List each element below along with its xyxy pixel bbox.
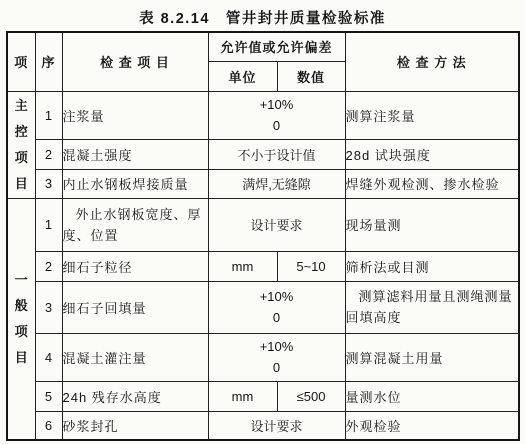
method-cell: 28d 试块强度: [345, 139, 519, 169]
table-row-main-1: 主控项目 1 注浆量 +10% 0 测算注浆量: [7, 91, 519, 139]
col-header-allowed-value: 允许值或允许偏差: [208, 32, 345, 61]
table-row-general-4: 4 混凝土灌注量 +10% 0 测算混凝土用量: [7, 333, 519, 381]
allowed-value-cell: +10% 0: [208, 91, 345, 139]
check-item-cell: 外止水钢板宽度、厚度、位置: [62, 198, 208, 251]
seq-cell: 2: [35, 139, 62, 169]
table-row-main-2: 2 混凝土强度 不小于设计值 28d 试块强度: [7, 139, 519, 169]
method-cell: 外观检验: [345, 411, 519, 440]
table-row-general-5: 5 24h 残存水高度 mm ≤500 量测水位: [7, 381, 519, 411]
check-item-cell: 内止水钢板焊接质量: [62, 169, 208, 198]
seq-cell: 3: [35, 169, 62, 198]
section-label-general: 一般项目: [13, 267, 29, 371]
seq-cell: 3: [35, 281, 62, 333]
table-row-general-2: 2 细石子粒径 mm 5~10 筛析法或目测: [7, 251, 519, 281]
method-cell: 测算滤料用量且测绳测量回填高度: [345, 281, 519, 333]
seq-cell: 4: [35, 333, 62, 381]
allowed-line-2: 0: [209, 357, 345, 378]
check-item-cell: 混凝土灌注量: [62, 333, 208, 381]
method-cell: 测算混凝土用量: [345, 333, 519, 381]
check-item-cell: 注浆量: [62, 91, 208, 139]
section-cell-general: 一般项目: [7, 198, 35, 440]
value-cell: 5~10: [277, 251, 345, 281]
allowed-line-1: +10%: [209, 336, 345, 357]
section-cell-main: 主控项目: [7, 91, 35, 198]
allowed-value-cell: 不小于设计值: [208, 139, 345, 169]
unit-cell: mm: [208, 381, 277, 411]
table-row-general-1: 一般项目 1 外止水钢板宽度、厚度、位置 设计要求 现场量测: [7, 198, 519, 251]
seq-cell: 2: [35, 251, 62, 281]
table-row-general-6: 6 砂浆封孔 设计要求 外观检验: [7, 411, 519, 440]
col-header-item: 项: [7, 32, 35, 91]
allowed-value-cell: +10% 0: [208, 333, 345, 381]
table-row-main-3: 3 内止水钢板焊接质量 满焊,无缝隙 焊缝外观检测、掺水检验: [7, 169, 519, 198]
seq-cell: 1: [35, 198, 62, 251]
check-item-cell: 细石子粒径: [62, 251, 208, 281]
allowed-value-cell: +10% 0: [208, 281, 345, 333]
section-label-main: 主控项目: [13, 93, 29, 197]
allowed-line-1: +10%: [209, 286, 345, 307]
method-cell: 现场量测: [345, 198, 519, 251]
seq-cell: 1: [35, 91, 62, 139]
method-cell: 量测水位: [345, 381, 519, 411]
method-cell: 筛析法或目测: [345, 251, 519, 281]
seq-cell: 5: [35, 381, 62, 411]
col-header-method: 检 查 方 法: [345, 32, 519, 91]
method-cell: 焊缝外观检测、掺水检验: [345, 169, 519, 198]
method-cell: 测算注浆量: [345, 91, 519, 139]
check-item-cell: 混凝土强度: [62, 139, 208, 169]
table-title: 表 8.2.14 管井封井质量检验标准: [0, 0, 525, 28]
allowed-line-2: 0: [209, 307, 345, 328]
allowed-line-2: 0: [209, 115, 345, 136]
allowed-line-1: +10%: [209, 94, 345, 115]
inspection-standards-table: 项 序 检 查 项 目 允许值或允许偏差 检 查 方 法 单位 数值 主控项目 …: [6, 31, 520, 441]
allowed-value-cell: 设计要求: [208, 411, 345, 440]
header-row-top: 项 序 检 查 项 目 允许值或允许偏差 检 查 方 法: [7, 32, 519, 61]
col-header-value: 数值: [277, 61, 345, 91]
value-cell: ≤500: [277, 381, 345, 411]
col-header-seq: 序: [35, 32, 62, 91]
check-item-cell: 24h 残存水高度: [62, 381, 208, 411]
check-item-cell: 细石子回填量: [62, 281, 208, 333]
document-page: 表 8.2.14 管井封井质量检验标准 项 序 检 查 项 目 允许值或允许偏差…: [0, 0, 525, 444]
col-header-check-item: 检 查 项 目: [62, 32, 208, 91]
unit-cell: mm: [208, 251, 277, 281]
allowed-value-cell: 满焊,无缝隙: [208, 169, 345, 198]
table-row-general-3: 3 细石子回填量 +10% 0 测算滤料用量且测绳测量回填高度: [7, 281, 519, 333]
allowed-value-cell: 设计要求: [208, 198, 345, 251]
check-item-cell: 砂浆封孔: [62, 411, 208, 440]
col-header-unit: 单位: [208, 61, 277, 91]
seq-cell: 6: [35, 411, 62, 440]
